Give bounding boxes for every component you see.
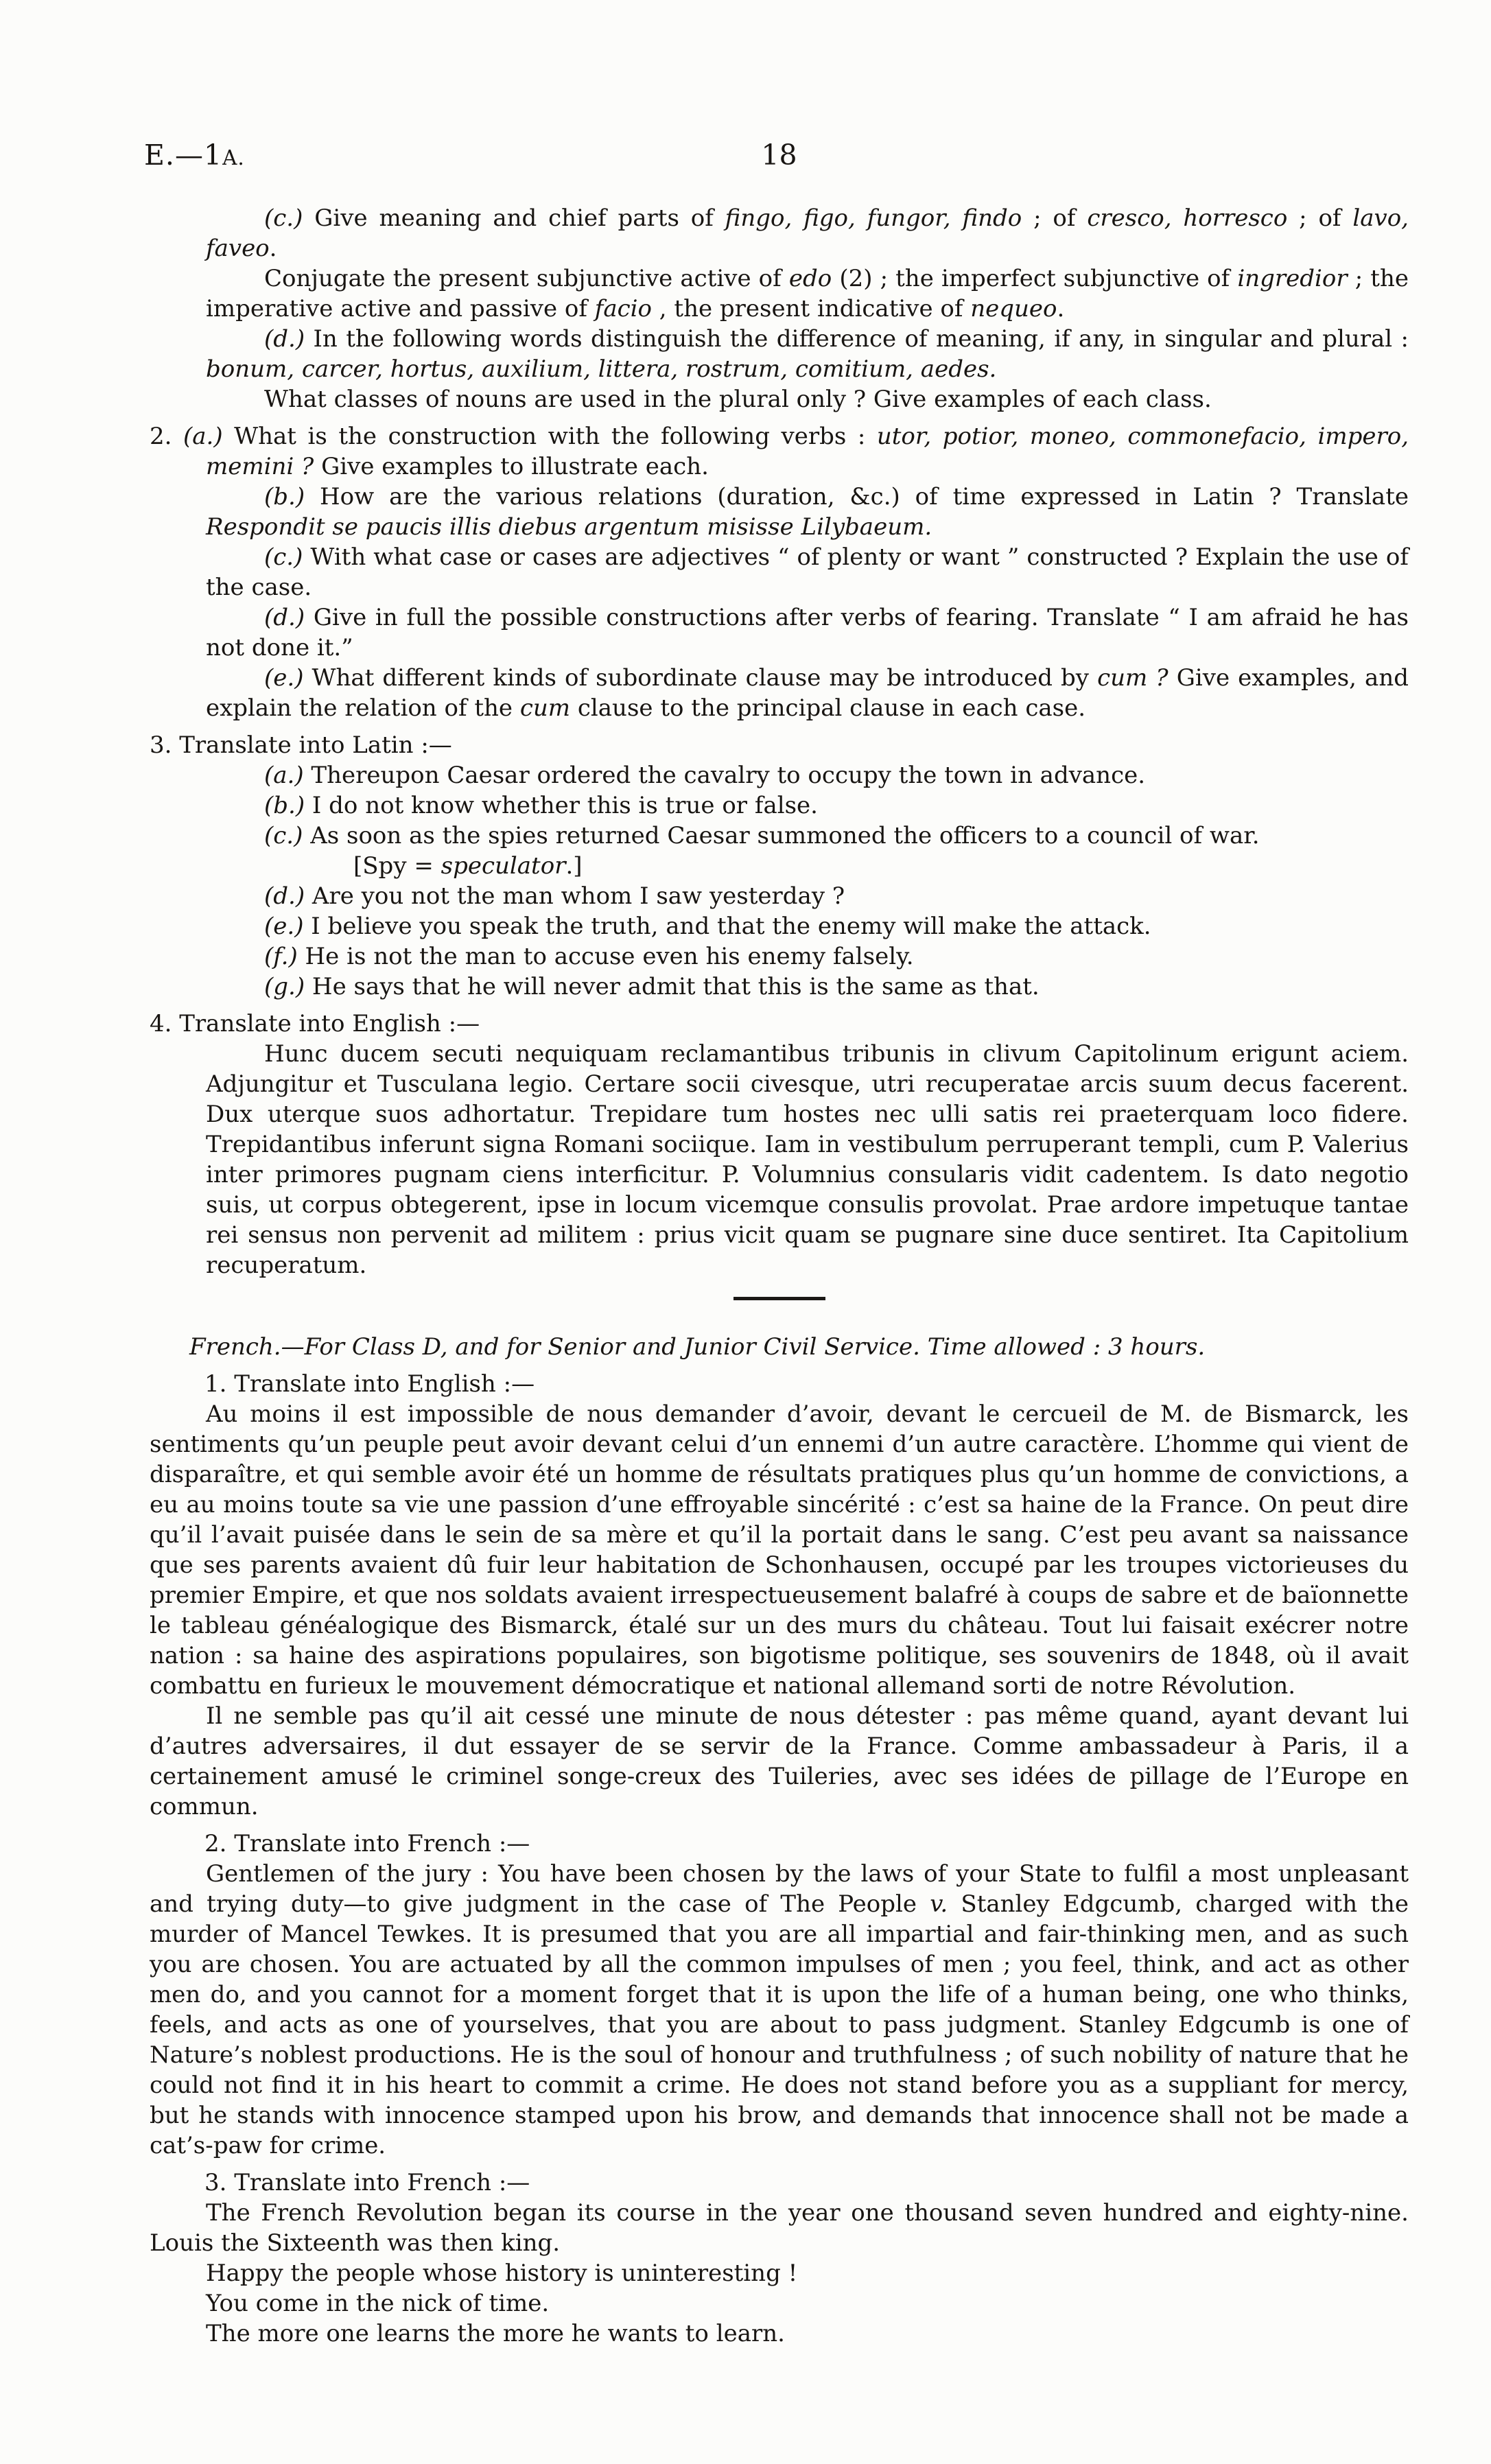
latin-q2d-paragraph: (d.) Give in full the possible construct… [206,602,1409,663]
latin-exam-section: (c.) Give meaning and chief parts of fin… [150,203,1409,1280]
french-exam-section: French.—For Class D, and for Senior and … [150,1332,1409,2349]
section-divider-rule [733,1297,825,1300]
scanned-exam-page: E.—1A. 18 (c.) Give meaning and chief pa… [0,0,1491,2464]
french-exam-heading: French.—For Class D, and for Senior and … [189,1332,1409,1362]
french-q1-passage-para1: Au moins il est impossible de nous deman… [150,1399,1409,1701]
french-q1-heading: 1. Translate into English :— [204,1369,1409,1399]
latin-q3d-item: (d.) Are you not the man whom I saw yest… [206,881,1409,911]
french-q2-heading: 2. Translate into French :— [204,1829,1409,1859]
latin-q3-heading: 3. Translate into Latin :— [206,730,1409,760]
french-q3-sentence-2: You come in the nick of time. [150,2288,1409,2319]
latin-q1c-paragraph: (c.) Give meaning and chief parts of fin… [206,203,1409,263]
latin-q2e-paragraph: (e.) What different kinds of subordinate… [206,663,1409,723]
latin-q1-classes-paragraph: What classes of nouns are used in the pl… [206,384,1409,414]
french-q1-passage-para2: Il ne semble pas qu’il ait cessé une min… [150,1701,1409,1822]
latin-q3b-item: (b.) I do not know whether this is true … [206,790,1409,821]
page-number: 18 [150,137,1409,173]
latin-q4-heading: 4. Translate into English :— [206,1009,1409,1039]
latin-q3f-item: (f.) He is not the man to accuse even hi… [206,941,1409,972]
french-q3-sentence-1: Happy the people whose history is uninte… [150,2258,1409,2288]
french-q2-passage: Gentlemen of the jury : You have been ch… [150,1859,1409,2161]
latin-q3e-item: (e.) I believe you speak the truth, and … [206,911,1409,941]
page-content: E.—1A. 18 (c.) Give meaning and chief pa… [0,0,1491,2349]
latin-q3-spy-note: [Spy = speculator.] [353,851,1409,881]
latin-q2b-paragraph: (b.) How are the various relations (dura… [206,482,1409,542]
latin-q1-conjugate-paragraph: Conjugate the present subjunctive active… [206,263,1409,324]
french-q3-passage-para: The French Revolution began its course i… [150,2198,1409,2258]
french-q3-heading: 3. Translate into French :— [204,2168,1409,2198]
latin-q2a-paragraph: 2. (a.) What is the construction with th… [206,421,1409,482]
latin-q2c-paragraph: (c.) With what case or cases are adjecti… [206,542,1409,602]
french-q3-sentence-3: The more one learns the more he wants to… [150,2319,1409,2349]
latin-q3g-item: (g.) He says that he will never admit th… [206,972,1409,1002]
latin-q3c-item: (c.) As soon as the spies returned Caesa… [206,821,1409,851]
page-header: E.—1A. 18 [150,137,1409,173]
latin-q1d-paragraph: (d.) In the following words distinguish … [206,324,1409,384]
latin-q3a-item: (a.) Thereupon Caesar ordered the cavalr… [206,760,1409,790]
latin-q4-passage: Hunc ducem secuti nequiquam reclamantibu… [206,1039,1409,1280]
